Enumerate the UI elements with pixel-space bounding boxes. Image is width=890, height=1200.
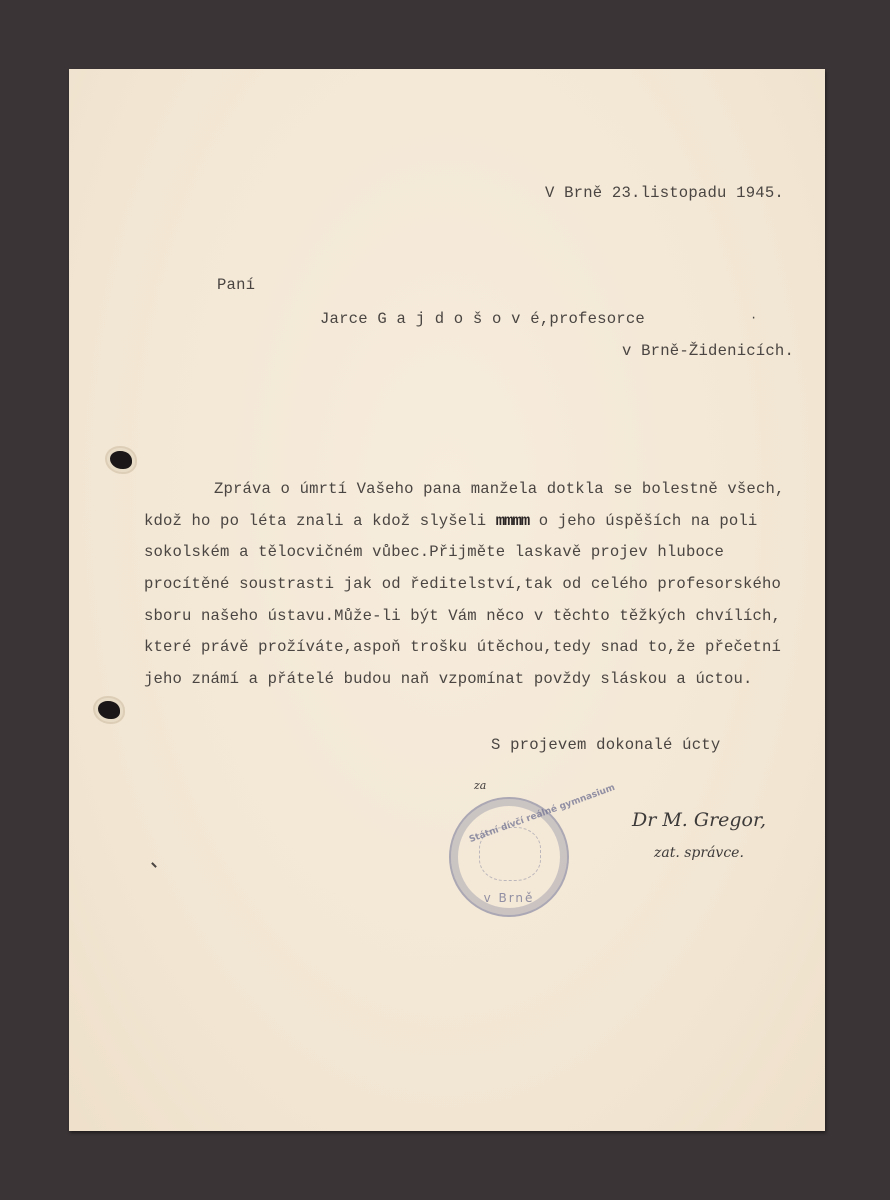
closing-line: S projevem dokonalé úcty (491, 738, 720, 754)
punch-hole-bottom (98, 701, 120, 719)
school-stamp: Státní dívčí reálné gymnasium v Brně (449, 797, 569, 917)
recipient-name: Jarce G a j d o š o v é,profesorce (320, 312, 645, 328)
stamp-bottom-text: v Brně (451, 891, 567, 905)
date-line: V Brně 23.listopadu 1945. (545, 186, 784, 202)
body-line-1: Zpráva o úmrtí Vašeho pana manžela dotkl… (214, 480, 784, 498)
signature: Dr M. Gregor, (632, 809, 766, 831)
body-line-7: jeho známí a přátelé budou naň vzpomínat… (144, 670, 753, 688)
body-line-4: procítěné soustrasti jak od ředitelství,… (144, 575, 781, 593)
stray-dot: · (750, 312, 757, 324)
ink-mark (151, 862, 157, 868)
punch-hole-top (110, 451, 132, 469)
stamp-arc-text: Státní dívčí reálné gymnasium (468, 783, 617, 845)
letter-paper: V Brně 23.listopadu 1945. Paní Jarce G a… (69, 69, 825, 1131)
body-line-3: sokolském a tělocvičném vůbec.Přijměte l… (144, 543, 724, 561)
body-line-6: které právě prožíváte,aspoň trošku útěch… (144, 638, 781, 656)
recipient-place: v Brně-Židenicích. (622, 344, 794, 360)
salutation: Paní (217, 278, 255, 294)
body-line-2: kdož ho po léta znali a kdož slyšeli mmm… (144, 512, 757, 530)
body-line-5: sboru našeho ústavu.Může-li být Vám něco… (144, 607, 781, 625)
handwritten-za: za (474, 779, 486, 792)
signature-title: zat. správce. (654, 845, 744, 861)
struck-out-word: mmmm (496, 512, 529, 530)
